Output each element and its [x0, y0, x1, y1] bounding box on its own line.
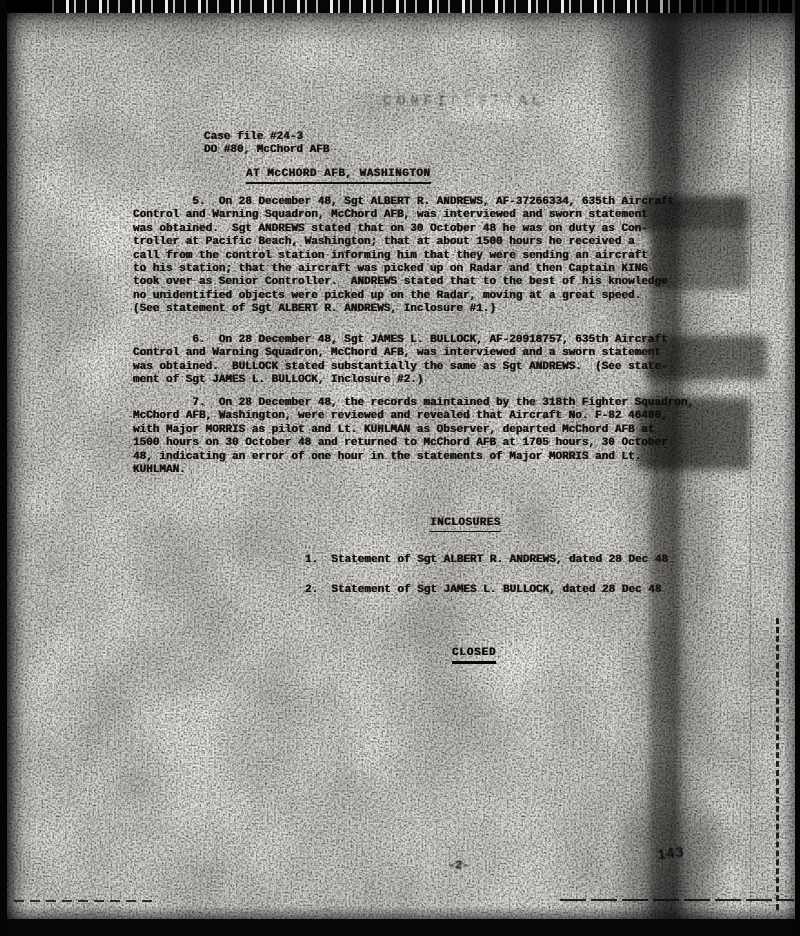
inclosure-item-2: 2. Statement of Sgt JAMES L. BULLOCK, da… — [305, 584, 661, 597]
paragraph-5: 5. On 28 December 48, Sgt ALBERT R. ANDR… — [133, 196, 674, 317]
district-office-line: DO #80, McChord AFB — [204, 144, 329, 156]
top-right-shadow — [630, 0, 800, 90]
ink-smudge — [636, 398, 750, 470]
ink-smudge — [652, 232, 748, 290]
section-heading: AT McCHORD AFB, WASHINGTON — [246, 168, 431, 184]
case-file-number: Case file #24-3 — [204, 131, 303, 143]
film-bottom-border — [0, 919, 800, 936]
closed-label: CLOSED — [452, 647, 496, 664]
page-number: -2- — [448, 860, 468, 872]
dashed-fold-line — [776, 618, 779, 910]
paragraph-7: 7. On 28 December 48, the records mainta… — [133, 397, 694, 477]
left-edge-fuzz — [6, 12, 34, 919]
paragraph-6: 6. On 28 December 48, Sgt JAMES L. BULLO… — [133, 334, 668, 388]
film-right-border — [795, 0, 800, 936]
faint-vertical-line — [750, 12, 751, 919]
crease-bottom-shadow — [610, 760, 730, 920]
bottom-edge-fuzz — [6, 906, 795, 919]
ink-smudge — [645, 336, 767, 380]
handwritten-margin-note: 143 — [656, 844, 685, 864]
stamp-fade-patch — [448, 96, 520, 122]
film-strip-top-border — [0, 0, 800, 13]
scanned-document-page: CONFIDENTIAL Case file #24-3 DO #80, McC… — [0, 0, 800, 936]
film-left-border — [0, 0, 7, 936]
bottom-rule-left-segment — [14, 900, 152, 902]
ink-smudge — [640, 196, 748, 232]
inclosures-heading: INCLOSURES — [430, 517, 501, 532]
right-edge-fuzz — [783, 12, 795, 919]
case-file-block: Case file #24-3 DO #80, McChord AFB — [204, 131, 329, 158]
